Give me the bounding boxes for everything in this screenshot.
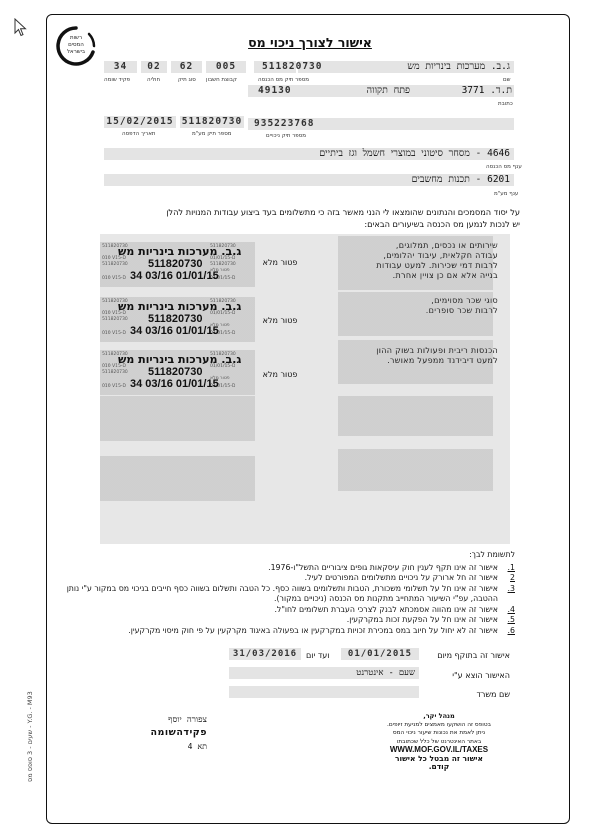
stamp-micro-text: 511820730 [102,262,128,267]
note-number: 6. [508,626,515,637]
row-1-desc-line: עבודה חקלאית, עיבוד יהלומים, [338,251,498,261]
income-tax-file-label: מספר תיק מס הכנסה [258,77,309,83]
row-3-desc-line: למעט דיבידנד ממפעל מאושר. [338,356,498,366]
note-text: אישור זה חל ארורק על ניכויים מתשלומים המ… [305,573,498,582]
notes-heading: לתשומת לבך: [60,550,515,561]
branch-label: חוליה [147,77,160,83]
logo-line-1: רשות [56,35,96,42]
row-2-desc-line: סוגי שכר מסוימים, [338,296,498,306]
address-zip: 49130 [258,85,308,97]
branch-value: 02 [141,61,167,73]
stamp-dates: 34 03/16 01/01/15 [130,378,219,390]
account-group-value: 005 [206,61,246,73]
intro-text: על יסוד המסמכים והנתונים שהומצאו לי הנני… [100,206,520,230]
office-value [229,686,419,698]
note-text: אישור זה אינו תקף לענין חוק עיסקאות גופי… [268,563,498,572]
note-text: אישור זה אינו חל על תשלומי משכורת, הטבות… [67,584,498,604]
note-number: 2 [510,573,515,584]
mouse-cursor-icon [14,18,28,38]
row-3-desc-line: הכנסות ריבית ופעולות בשוק ההון [338,346,498,356]
print-date-label: תאריך הדפסה [122,131,156,137]
stamp-company-name: ג.ב. מערכות בינריות מש [118,353,241,366]
stamp-dates: 34 03/16 01/01/15 [130,325,219,337]
stamp-micro-text: 511820730 [102,317,128,322]
address-label: כתובת [498,101,513,107]
income-tax-branch-label: ענף מס הכנסה [486,164,522,170]
note-number: 5. [508,615,515,626]
note-item: 5.אישור זה אינו חל על הפקעת זכות במקרקעי… [60,615,515,626]
stamp-company-name: ג.ב. מערכות בינריות מש [118,245,241,258]
empty-desc-placeholder [338,396,493,436]
address-street: ת.ד. 3771 [440,85,512,97]
empty-desc-placeholder [338,449,493,491]
issued-by-label: האישור הוצא ע"י [452,671,510,680]
note-number: 4. [508,605,515,616]
signer-title: פקידהשומה [150,727,207,738]
intro-line-2: יש לנכות לנמען מס הכנסה בשיעורים הבאים: [100,218,520,230]
note-text: אישור זה לא יחול על חיוב במס במכירת זכוי… [128,626,498,635]
row-2-stamp: 511820730 010 V15-D 511820730 010 V15-D … [100,297,255,342]
note-item: 2אישור זה חל ארורק על ניכויים מתשלומים ה… [60,573,515,584]
vat-branch-value: 6201 - תכנות מחשבים [104,174,514,186]
notes-list: 1.אישור זה אינו תקף לענין חוק עיסקאות גו… [60,563,515,637]
page-title: אישור לצורך ניכוי מס [200,35,420,50]
verification-greeting: מנהל יקר, [384,712,494,721]
row-1-desc-line: בנייה אלא אם כן צויין אחרת. [338,271,498,281]
note-item: 1.אישור זה אינו תקף לענין חוק עיסקאות גו… [60,563,515,574]
stamp-micro-text: 511820730 [210,262,236,267]
stamp-company-name: ג.ב. מערכות בינריות מש [118,300,241,313]
print-date-value: 15/02/2015 [104,116,176,128]
valid-from-value: 01/01/2015 [341,648,419,660]
form-side-code: Y.G. - M93 - שעים - 3 סופס מס [26,622,38,782]
account-group-label: קבוצת חשבון [206,77,237,83]
deduction-rates-table: שירותים או נכסים, תמלוגים, עבודה חקלאית,… [100,234,510,544]
verification-line: בטופס זה הושקעו מאמצים למניעת זיופים. [384,721,494,730]
empty-stamp-placeholder [100,456,255,501]
intro-line-1: על יסוד המסמכים והנתונים שהומצאו לי הנני… [100,206,520,218]
note-text: אישור זה אינו חל על הפקעת זכות במקרקעין. [347,615,498,624]
assessing-officer-value: 34 [104,61,137,73]
signer-office: תא 4 [188,742,207,751]
stamp-file-number: 511820730 [148,313,202,325]
tax-authority-logo: רשות המסים בישראל [56,26,96,66]
row-1-description: שירותים או נכסים, תמלוגים, עבודה חקלאית,… [338,241,498,281]
assessing-officer-label: פקיד שומה [104,77,130,83]
note-number: 1. [508,563,515,574]
deductions-file-label: מספר תיק ניכויים [266,133,306,139]
address-city: פתח תקווה [330,85,410,97]
notes-section: לתשומת לבך: 1.אישור זה אינו תקף לענין חו… [60,550,515,636]
income-tax-file-value: 511820730 [254,61,324,73]
stamp-micro-text: 511820730 [102,370,128,375]
valid-until-value: 31/03/2016 [229,648,301,660]
valid-until-label: ועד יום [306,651,329,660]
note-item: 4.אישור זה אינו מהווה אסמכתא לבנק לצרכי … [60,605,515,616]
stamp-file-number: 511820730 [148,366,202,378]
income-tax-branch-value: 4646 - מסחר סיטוני במוצרי חשמל וגז ביתיי… [104,148,514,160]
name-field: ג.ב. מערכות בינריות מש [298,61,514,73]
row-2-description: סוגי שכר מסוימים, לרבות שכר סופרים. [338,296,498,316]
row-3-stamp: 511820730 010 V15-D 511820730 010 V15-D … [100,350,255,395]
logo-line-3: בישראל [56,49,96,56]
verification-note: מנהל יקר, בטופס זה הושקעו מאמצים למניעת … [384,712,494,772]
row-2-desc-line: לרבות שכר סופרים. [338,306,498,316]
stamp-micro-text: 010 V15-D [102,384,126,389]
note-text: אישור זה אינו מהווה אסמכתא לבנק לצרכי הע… [274,605,498,614]
stamp-dates: 34 03/16 01/01/15 [130,270,219,282]
stamp-micro-text: 010 V15-D [102,276,126,281]
verification-line: ניתן לאמת את נכונות שיעור ניכוי המס [384,729,494,738]
vat-branch-label: ענף מע"מ [494,191,518,197]
row-3-description: הכנסות ריבית ופעולות בשוק ההון למעט דיבי… [338,346,498,366]
note-number: 3. [508,584,515,595]
file-type-value: 62 [171,61,202,73]
valid-from-label: אישור זה בתוקף מיום [437,651,510,660]
row-1-stamp: 511820730 010 V15-D 511820730 010 V15-D … [100,242,255,287]
cancel-previous-warning: אישור זה מבטל כל אישור קודם. [384,755,494,772]
signer-name: צפורה יוסף [168,714,207,725]
issued-by-value: שעם - אינטרנט [229,667,419,679]
note-item: 3.אישור זה אינו חל על תשלומי משכורת, הטב… [60,584,515,605]
vat-file-value: 511820730 [180,116,244,128]
stamp-file-number: 511820730 [148,258,202,270]
vat-file-label: מספר תיק מע"מ [192,131,232,137]
row-1-desc-line: שירותים או נכסים, תמלוגים, [338,241,498,251]
empty-stamp-placeholder [100,396,255,441]
deductions-file-value: 935223768 [254,118,324,130]
note-item: 6.אישור זה לא יחול על חיוב במס במכירת זכ… [60,626,515,637]
row-1-desc-line: לרבות דמי שכירות. למעט עבודות [338,261,498,271]
name-label: שם [503,77,511,83]
logo-line-2: המסים [56,42,96,49]
file-type-label: סוג תיק [178,77,196,83]
stamp-micro-text: 010 V15-D [102,331,126,336]
office-label: שם משרד [476,690,510,699]
